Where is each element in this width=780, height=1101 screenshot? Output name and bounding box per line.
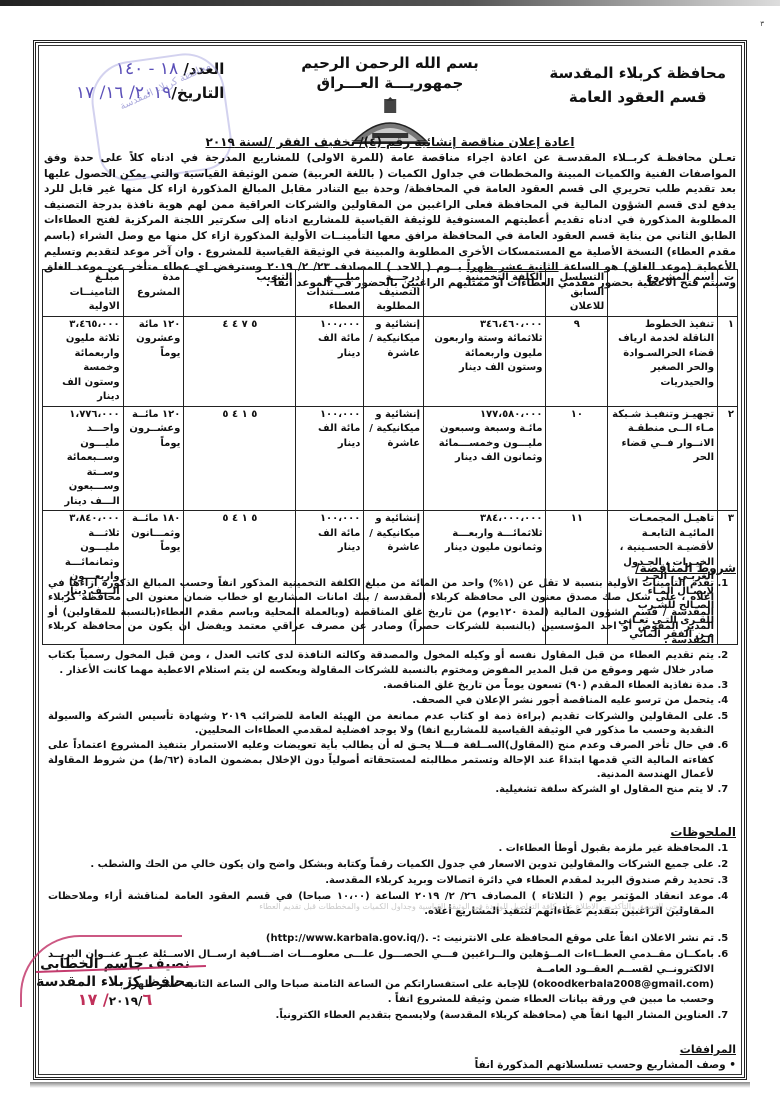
condition-item: مدة نفاذية العطاء المقدم (٩٠) تسعون يوما… [48,679,714,693]
table-row: ٢ تجهيـز وتنفيـذ شـبكة مـاء الــى منطقـة… [43,406,738,511]
issuer-block: محافظة كربلاء المقدسة قسم العقود العامة [549,61,726,109]
condition-item: على المقاولين والشركات تقديم (براءة ذمة … [48,710,714,739]
basmala: بسم الله الرحمن الرحيم [301,53,479,73]
col-prev-seq: التسلسل السابق للاعلان [546,270,608,317]
signature-date: ٢٠١٩/٦/ ١٧ [30,991,200,1010]
attachment-item: • وصف المشاريع وحسب تسلسلاتهم المذكورة ا… [475,1059,736,1071]
signatory-title: محافظ كربلاء المقدسة [30,973,200,991]
document-frame: محافظة كربلاء المقدسة قسم العقود العامة … [33,40,747,1080]
website-link[interactable]: (http://www.karbala.gov.iq/). [266,933,429,944]
note-item: تحديد رقم صندوق البريد لمقدم العطاء في د… [48,873,714,888]
letterhead-center: بسم الله الرحمن الرحيم جمهوريـــة العـــ… [301,53,479,147]
scan-bottom-edge [30,1082,750,1088]
republic-name: جمهوريـــة العـــراق [301,73,479,93]
table-row: ١ تنفيذ الخطوط الناقلة لخدمة ارياف قضاء … [43,316,738,406]
email-link[interactable]: (okoodkerbala2008@gmail.com) [533,979,715,990]
condition-item: تقدم التأمينات الأولية بنسبة لا تقل عن (… [48,577,714,648]
conditions-list: تقدم التأمينات الأولية بنسبة لا تقل عن (… [48,577,736,798]
note-item: العناوين المشار اليها انفاً هي (محافظة ك… [48,1008,714,1023]
condition-item: يتم تقديم العطاء من قبل المقاول نفسه أو … [48,649,714,678]
attachments-title: المرافقات [680,1043,736,1056]
notes-title: الملحوظات [670,825,736,839]
col-classification: درجـــة التصنيف المطلوبة [364,270,424,317]
conditions-title: شروط المناقصة/ [635,561,736,575]
col-initial-insurance: مبلـغ التامينــات الاولية [43,270,124,317]
col-project-name: اسم المشروع [608,270,718,317]
condition-item: في حال تأخر الصرف وعدم منح (المقاول)السـ… [48,739,714,782]
page-mark: ٣ [760,20,764,28]
department-name: قسم العقود العامة [549,85,726,109]
note-item: المحافظة غير ملزمة بقبول أوطأ العطاءات . [48,841,714,856]
signature-block: نصيف جاسم الخطابي محافظ كربلاء المقدسة ٢… [30,955,200,1010]
condition-item: يتحمل من ترسو عليه المناقصة أجور نشر الإ… [48,694,714,708]
col-duration: مدة المشروع [123,270,184,317]
announcement-title: اعادة إعلان مناقصة إنشائية رقم (٤)/ تخفي… [36,135,744,149]
condition-item: لا يتم منح المقاول او الشركة سلفة تشغيلي… [48,783,714,797]
col-budget-code: التبويب [184,270,296,317]
col-document-fee: مبلــــغ مســـتندات العطاء [296,270,364,317]
col-estimated-cost: الكلفة التخمينية [424,270,546,317]
table-header-row: ت اسم المشروع التسلسل السابق للاعلان الك… [43,270,738,317]
governorate-name: محافظة كربلاء المقدسة [549,61,726,85]
faded-bleedthrough-text: يرجى التنسيق والتأكد من الاطلاع على كافة… [96,901,684,927]
scan-top-edge [0,0,780,6]
note-item: على جميع الشركات والمقاولين تدوين الاسعا… [48,857,714,872]
col-no: ت [718,270,738,317]
